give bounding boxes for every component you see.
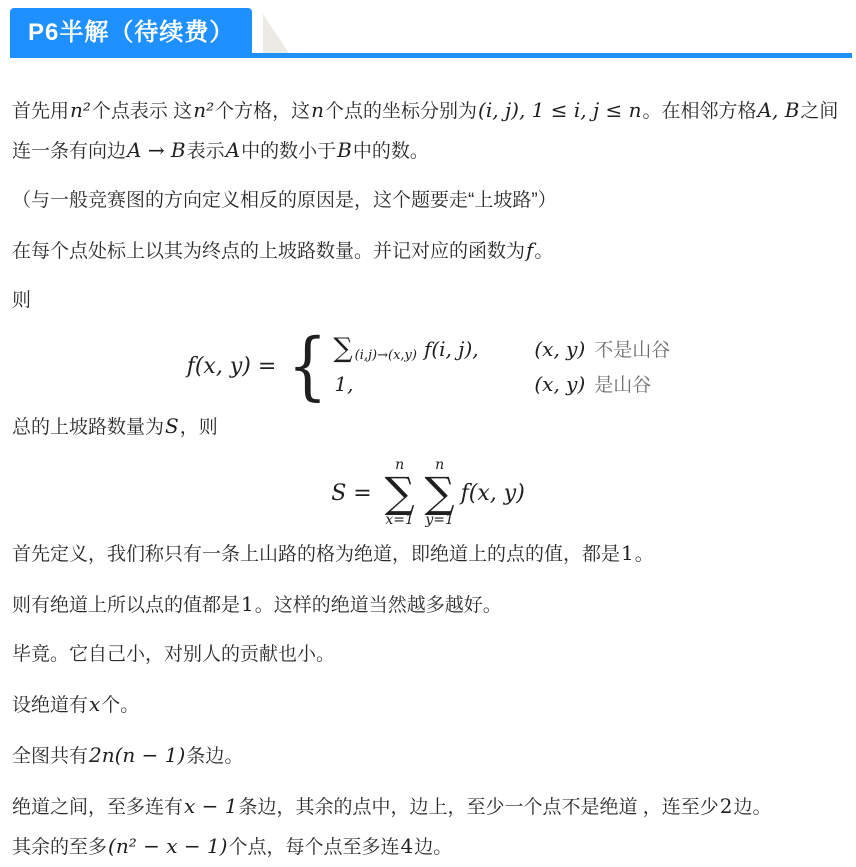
text-run: 个点的坐标分别为 bbox=[325, 101, 477, 122]
formula-s-double-sum: S = n ∑ x=1 n ∑ y=1 f(x, y) bbox=[12, 458, 844, 528]
math-run: A, B bbox=[757, 98, 801, 122]
math-run: n² bbox=[192, 98, 215, 122]
paragraph-setup-graph: 首先用n²个点表示 这n²个方格，这n个点的坐标分别为(i, j), 1 ≤ i… bbox=[12, 91, 844, 171]
paragraph-edge-bound-1: 绝道之间，至多连有x − 1条边，其余的点中，边上，至少一个点不是绝道 ，连至少… bbox=[12, 787, 844, 827]
math-run: (x, y) bbox=[533, 372, 586, 396]
text-run: 边。 bbox=[414, 837, 452, 858]
math-run: 2n(n − 1) bbox=[88, 743, 186, 767]
page-title: P6半解（待续费） bbox=[10, 8, 252, 57]
page-fold-decoration bbox=[263, 14, 289, 53]
sum-icon: ∑ bbox=[385, 473, 415, 513]
math-run: x − 1 bbox=[183, 794, 238, 818]
text-run: 个方格，这 bbox=[215, 101, 310, 122]
number-run: 1 bbox=[240, 592, 255, 616]
text-run: 中的数。 bbox=[353, 141, 429, 162]
case-row-valley: 1, (x, y)是山谷 bbox=[333, 366, 670, 401]
header: P6半解（待续费） bbox=[0, 0, 856, 58]
case-expression: 1, bbox=[333, 372, 533, 396]
sum-subscript: (i,j)→(x,y) bbox=[354, 348, 418, 363]
number-run: 4 bbox=[399, 834, 414, 858]
sum-over-x: n ∑ x=1 bbox=[385, 458, 415, 528]
text-run: 。这样的绝道当然越多越好。 bbox=[255, 595, 502, 616]
sum-lower-limit: y=1 bbox=[425, 513, 454, 528]
text-run: 个点，每个点至多连 bbox=[228, 837, 399, 858]
math-run: x bbox=[88, 692, 101, 716]
sum-over-y: n ∑ y=1 bbox=[425, 458, 455, 528]
sum-icon: ∑ bbox=[333, 335, 352, 362]
text-run: 。 bbox=[635, 544, 654, 565]
paragraph-note-direction: （与一般竞赛图的方向定义相反的原因是，这个题要走“上坡路”） bbox=[12, 182, 844, 220]
paragraph-then: 则 bbox=[12, 282, 844, 320]
math-run: A bbox=[225, 138, 241, 162]
text-run: 个点表示 这 bbox=[92, 101, 192, 122]
text-run: 总的上坡路数量为 bbox=[12, 417, 164, 438]
case-condition: (x, y)不是山谷 bbox=[533, 335, 670, 362]
case-expression: ∑(i,j)→(x,y)f(i, j), bbox=[333, 335, 533, 362]
paragraph-define-juedao: 首先定义，我们称只有一条上山路的格为绝道，即绝道上的点的值，都是1。 bbox=[12, 534, 844, 574]
formula-rhs: f(x, y) bbox=[460, 481, 526, 506]
math-run: S bbox=[164, 414, 180, 438]
math-run: (n² − x − 1) bbox=[107, 834, 228, 858]
page-title-text: P6半解（待续费） bbox=[28, 19, 234, 46]
text-run: 条边。 bbox=[186, 746, 243, 767]
text-run: 个。 bbox=[101, 695, 139, 716]
text-run: 在每个点处标上以其为终点的上坡路数量。并记对应的函数为 bbox=[12, 241, 525, 262]
paragraph-total-edges: 全图共有2n(n − 1)条边。 bbox=[12, 736, 844, 776]
paragraph-bijing: 毕竟。它自己小，对别人的贡献也小。 bbox=[12, 636, 844, 674]
formula-lhs: f(x, y) = bbox=[186, 354, 278, 379]
sum-lower-limit: x=1 bbox=[385, 513, 414, 528]
math-run: n² bbox=[69, 98, 92, 122]
condition-label: 是山谷 bbox=[594, 370, 651, 397]
math-run: f(i, j), bbox=[423, 337, 480, 361]
math-run: 1, bbox=[333, 372, 354, 396]
text-run: 全图共有 bbox=[12, 746, 88, 767]
formula-f-cases: f(x, y) = { ∑(i,j)→(x,y)f(i, j), (x, y)不… bbox=[12, 331, 844, 401]
number-run: 1 bbox=[620, 541, 635, 565]
paragraph-edge-bound-2: 其余的至多(n² − x − 1)个点，每个点至多连4边。 bbox=[12, 827, 844, 867]
paragraph-assume-x: 设绝道有x个。 bbox=[12, 685, 844, 725]
text-run: 首先定义，我们称只有一条上山路的格为绝道，即绝道上的点的值，都是 bbox=[12, 544, 620, 565]
case-row-not-valley: ∑(i,j)→(x,y)f(i, j), (x, y)不是山谷 bbox=[333, 331, 670, 366]
text-run: 毕竟。它自己小，对别人的贡献也小。 bbox=[12, 644, 335, 665]
condition-label: 不是山谷 bbox=[594, 335, 670, 362]
text-run: （与一般竞赛图的方向定义相反的原因是，这个题要走“上坡路”） bbox=[12, 190, 557, 211]
case-condition: (x, y)是山谷 bbox=[533, 370, 651, 397]
text-run: 。 bbox=[534, 241, 553, 262]
paragraph-juedao-value: 则有绝道上所以点的值都是1。这样的绝道当然越多越好。 bbox=[12, 585, 844, 625]
document-body: 首先用n²个点表示 这n²个方格，这n个点的坐标分别为(i, j), 1 ≤ i… bbox=[0, 58, 856, 867]
text-run: 边。 bbox=[734, 797, 772, 818]
math-run: f bbox=[525, 238, 534, 262]
paragraph-total-s: 总的上坡路数量为S，则 bbox=[12, 407, 844, 447]
paragraph-label-function: 在每个点处标上以其为终点的上坡路数量。并记对应的函数为f。 bbox=[12, 231, 844, 271]
math-run: B bbox=[336, 138, 353, 162]
text-run: 其余的至多 bbox=[12, 837, 107, 858]
formula-lhs: S = bbox=[330, 481, 373, 506]
cases-block: ∑(i,j)→(x,y)f(i, j), (x, y)不是山谷 1, (x, y… bbox=[333, 331, 670, 401]
math-run: (x, y) bbox=[533, 337, 586, 361]
text-run: 表示 bbox=[187, 141, 225, 162]
paragraph-edge-bounds: 绝道之间，至多连有x − 1条边，其余的点中，边上，至少一个点不是绝道 ，连至少… bbox=[12, 787, 844, 867]
text-run: 设绝道有 bbox=[12, 695, 88, 716]
number-run: 2 bbox=[719, 794, 734, 818]
math-run: A → B bbox=[126, 138, 187, 162]
text-run: 条边，其余的点中，边上，至少一个点不是绝道 ，连至少 bbox=[239, 797, 719, 818]
text-run: 。在相邻方格 bbox=[643, 101, 757, 122]
sum-icon: ∑ bbox=[425, 473, 455, 513]
math-run: (i, j), 1 ≤ i, j ≤ n bbox=[477, 98, 643, 122]
left-brace: { bbox=[288, 331, 328, 401]
text-run: 绝道之间，至多连有 bbox=[12, 797, 183, 818]
text-run: 则有绝道上所以点的值都是 bbox=[12, 595, 240, 616]
math-run: n bbox=[310, 98, 325, 122]
text-run: 首先用 bbox=[12, 101, 69, 122]
text-run: 中的数小于 bbox=[241, 141, 336, 162]
text-run: 则 bbox=[12, 290, 31, 311]
text-run: ，则 bbox=[180, 417, 218, 438]
